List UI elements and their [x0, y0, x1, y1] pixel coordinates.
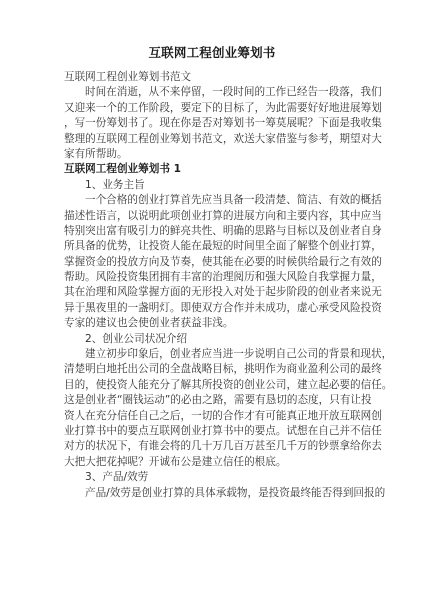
intro-line: ，写一份筹划书了。现在你是否对筹划书一筹莫展呢？下面是我收集	[64, 116, 358, 131]
paragraph-line: 所具备的优势，让投资人能在最短的时间里全面了解整个创业打算，	[64, 239, 358, 254]
subsection-heading-3: 3、产品/效劳	[64, 470, 358, 485]
paragraph-line: 对方的状况下，有谁会将的几十万几百万甚至几千万的钞票拿给你去	[64, 439, 358, 454]
paragraph-line: 一个合格的创业打算首先应当具备一段清楚、简洁、有效的概括	[64, 193, 358, 208]
intro-line: 家有所帮助。	[64, 147, 358, 162]
intro-line: 时间在消逝，从不来停留，一段时间的工作已经告一段落，我们	[64, 85, 358, 100]
paragraph-line: 异于黑夜里的一盏明灯。即使双方合作并未成功，虚心承受风险投资	[64, 301, 358, 316]
document-title: 互联网工程创业筹划书	[0, 43, 424, 61]
paragraph-line: 专家的建议也会使创业者获益非浅。	[64, 316, 358, 331]
intro-line: 又迎来一个的工作阶段，要定下的目标了，为此需要好好地进展筹划	[64, 101, 358, 116]
subsection-heading-1: 1、业务主旨	[64, 178, 358, 193]
paragraph-line: 清楚明白地托出公司的全盘战略目标，挑明作为商业盈利公司的最终	[64, 362, 358, 377]
paragraph-line: 大把大把花掉呢？开诚布公是建立信任的根底。	[64, 455, 358, 470]
paragraph-line: 其在治理和风险掌握方面的无形投入对处于起步阶段的创业者来说无	[64, 285, 358, 300]
section-heading: 互联网工程创业筹划书 1	[64, 162, 358, 177]
paragraph-line: 目的，使投资人能充分了解其所投资的创业公司，建立起必要的信任。	[64, 378, 358, 393]
subsection-heading-2: 2、创业公司状况介绍	[64, 332, 358, 347]
paragraph-line: 业打算书中的要点互联网创业打算书中的要点。试想在自己并不信任	[64, 424, 358, 439]
paragraph-line: 建立初步印象后，创业者应当进一步说明自己公司的背景和现状，	[64, 347, 358, 362]
paragraph-line: 帮助。风险投资集团拥有丰富的治理阅历和强大风险自我掌握力量，	[64, 270, 358, 285]
document-body: 互联网工程创业筹划书范文 时间在消逝，从不来停留，一段时间的工作已经告一段落，我…	[64, 70, 358, 501]
paragraph-line: 资人在充分信任自己之后，一切的合作才有可能真正地开放互联网创	[64, 409, 358, 424]
intro-line: 整理的互联网工程创业筹划书范文，欢送大家借鉴与参考，期望对大	[64, 132, 358, 147]
paragraph-line: 这是创业者“圈钱运动”的必由之路，需要有恳切的态度，只有让投	[64, 393, 358, 408]
paragraph-line: 产品/效劳是创业打算的具体承载物，是投资最终能否得到回报的	[64, 486, 358, 501]
paragraph-line: 掌握资金的投放方向及节奏，使其能在必要的时候供给最行之有效的	[64, 255, 358, 270]
paragraph-line: 特别突出富有吸引力的鲜亮共性、明确的思路与目标以及创业者自身	[64, 224, 358, 239]
document-page: 互联网工程创业筹划书 互联网工程创业筹划书范文 时间在消逝，从不来停留，一段时间…	[0, 0, 424, 600]
paragraph-line: 描述性语言，以说明此项创业打算的进展方向和主要内容，其中应当	[64, 209, 358, 224]
document-subtitle: 互联网工程创业筹划书范文	[64, 70, 358, 85]
